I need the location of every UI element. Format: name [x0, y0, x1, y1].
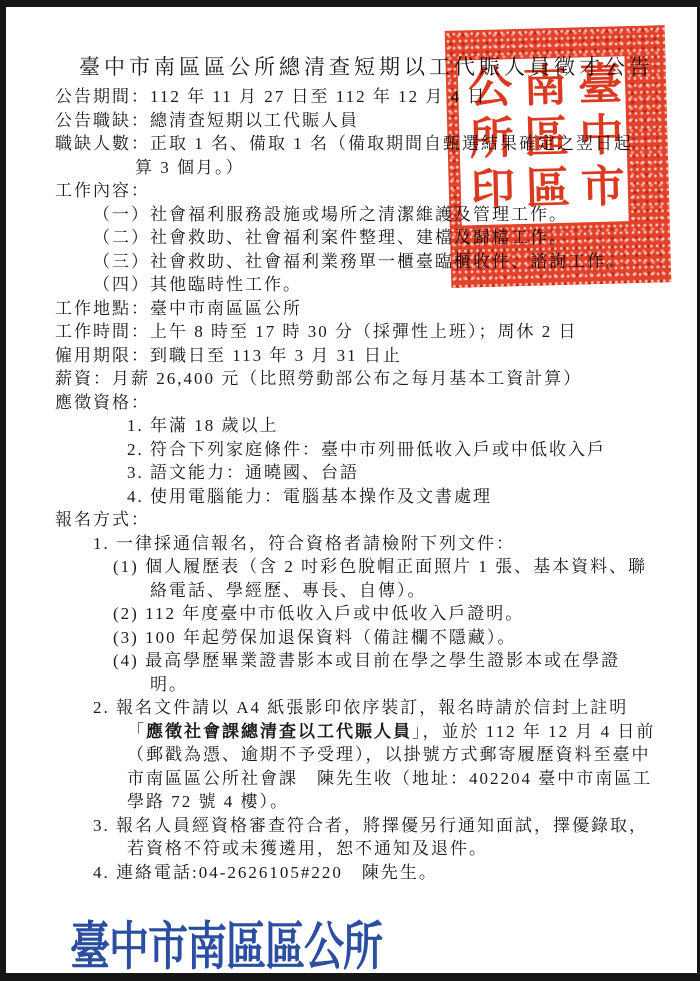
doc-line: 工作地點：臺中市南區區公所	[55, 297, 661, 321]
official-seal-stamp: 臺中市南區區公所印	[445, 25, 672, 288]
doc-line: 1. 年滿 18 歲以上	[127, 414, 661, 438]
office-name-stamp: 臺中市南區區公所	[70, 906, 661, 980]
doc-line: 「應徵社會課總清查以工代賑人員」，並於 112 年 12 月 4 日前	[127, 720, 661, 744]
seal-column: 南區區	[516, 62, 569, 216]
doc-line-bold-segment: 應徵社會課總清查以工代賑人員	[146, 722, 412, 741]
doc-line: 3. 報名人員經資格審查符合者，將擇優另行通知面試，擇優錄取，	[93, 814, 661, 838]
seal-column: 公所印	[461, 63, 514, 217]
doc-line: 1. 一律採通信報名，符合資格者請檢附下列文件：	[93, 532, 661, 556]
doc-line: 薪資：月薪 26,400 元（比照勞動部公布之每月基本工資計算）	[55, 367, 661, 391]
seal-column: 臺中市	[571, 60, 624, 214]
doc-line: 僱用期限：到職日至 113 年 3 月 31 日止	[55, 344, 661, 368]
doc-line: (2) 112 年度臺中市低收入戶或中低收入戶證明。	[113, 602, 661, 626]
doc-line: 明。	[150, 673, 661, 697]
seal-inner-face: 臺中市南區區公所印	[457, 56, 628, 225]
seal-text: 臺中市南區區公所印	[460, 60, 627, 223]
doc-line: (3) 100 年起勞保加退保資料（備註欄不隱藏）。	[113, 626, 661, 650]
doc-line: 3. 語文能力：通曉國、台語	[127, 461, 661, 485]
doc-line-segment: 」，並於 112 年 12 月 4 日前	[412, 722, 655, 741]
doc-line: 若資格不符或未獲遴用，恕不通知及退件。	[127, 837, 661, 861]
doc-line: (4) 最高學歷畢業證書影本或目前在學之學生證影本或在學證	[113, 649, 661, 673]
doc-line: 4. 連絡電話:04-2626105#220 陳先生。	[93, 861, 661, 885]
doc-line: 2. 符合下列家庭條件：臺中市列冊低收入戶或中低收入戶	[127, 438, 661, 462]
scanned-document: { "doc": { "title": "臺中市南區區公所總清查短期以工代賑人員…	[0, 0, 700, 981]
doc-line: （郵戳為憑、逾期不予受理），以掛號方式郵寄履歷資料至臺中	[127, 743, 661, 767]
document-page: 臺中市南區區公所總清查短期以工代賑人員徵才公告 公告期間：112 年 11 月 …	[6, 7, 697, 973]
doc-line-segment: 「	[127, 722, 146, 741]
doc-line: 市南區區公所社會課 陳先生收（地址：402204 臺中市南區工	[127, 767, 661, 791]
doc-line: 報名方式：	[55, 508, 661, 532]
doc-line: 4. 使用電腦能力：電腦基本操作及文書處理	[127, 485, 661, 509]
doc-line: 絡電話、學經歷、專長、自傳）。	[150, 579, 661, 603]
doc-line: 學路 72 號 4 樓）。	[127, 790, 661, 814]
doc-line: 應徵資格：	[55, 391, 661, 415]
doc-line: (1) 個人履歷表（含 2 吋彩色脫帽正面照片 1 張、基本資料、聯	[113, 555, 661, 579]
doc-line: 工作時間：上午 8 時至 17 時 30 分（採彈性上班）；周休 2 日	[55, 320, 661, 344]
doc-line: 2. 報名文件請以 A4 紙張影印依序裝訂，報名時請於信封上註明	[93, 696, 661, 720]
